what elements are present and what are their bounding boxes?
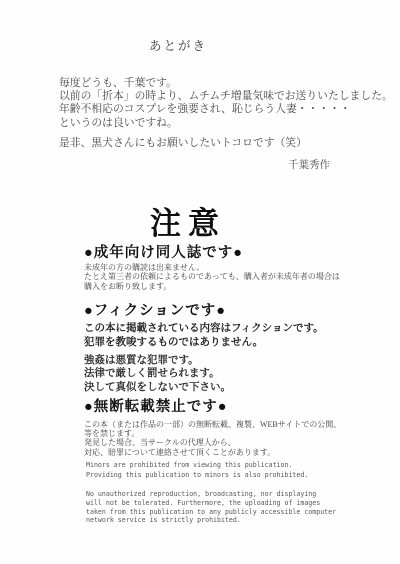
- afterword-body: 毎度どうも、千葉です。 以前の「折本」の時より、ムチムチ増量気味でお送りいたしま…: [59, 76, 393, 129]
- notice-line: 購入をお断り致します。: [84, 282, 340, 291]
- heading-adult-only: ●成年向け同人誌です●: [84, 241, 243, 262]
- english-line: Providing this publication to minors is …: [86, 471, 308, 481]
- heading-fiction: ●フィクションです●: [84, 299, 226, 320]
- notice-line: 犯罪を教唆するものではありません。: [84, 336, 324, 350]
- notice-line: 発見した場合、当サークルの代理人から、: [84, 438, 341, 447]
- afterword-line: 毎度どうも、千葉です。: [59, 76, 393, 89]
- english-line: will not be tolerated. Furthermore, the …: [86, 499, 336, 508]
- fiction-paragraph: この本に掲載されている内容はフィクションです。 犯罪を教唆するものではありません…: [84, 322, 324, 351]
- notice-title: 注意: [0, 198, 376, 243]
- english-minors-notice: Minors are prohibited from viewing this …: [86, 461, 308, 481]
- afterword-request-line: 是非、黒犬さんにもお願いしたいトコロです（笑）: [59, 135, 307, 150]
- doujinshi-afterword-page: あとがき 毎度どうも、千葉です。 以前の「折本」の時より、ムチムチ増量気味でお送…: [0, 0, 400, 564]
- notice-line: 強姦は悪質な犯罪です。: [84, 354, 231, 367]
- english-line: taken from this publication to any publi…: [86, 508, 336, 517]
- afterword-line: 年齢不相応のコスプレを強要され、恥じらう人妻・・・・・: [59, 102, 393, 115]
- crime-warning-paragraph: 強姦は悪質な犯罪です。 法律で厳しく罰せられます。 決して真似をしないで下さい。: [84, 354, 231, 394]
- notice-line: 未成年の方の購読は出来ません。: [84, 263, 340, 272]
- notice-line: 決して真似をしないで下さい。: [84, 381, 231, 394]
- english-reproduction-notice: No unauthorized reproduction, broadcasti…: [86, 490, 336, 525]
- notice-line: この本に掲載されている内容はフィクションです。: [84, 322, 324, 336]
- afterword-title: あとがき: [0, 36, 356, 54]
- notice-line: 対応、賠罪について連絡させて頂くことがあります。: [84, 448, 341, 457]
- notice-line: この本（または作品の一部）の無断転載、複製、WEBサイトでの公開、: [84, 420, 341, 429]
- afterword-line: 以前の「折本」の時より、ムチムチ増量気味でお送りいたしました。: [59, 89, 393, 102]
- notice-line: たとえ第三者の依頼によるものであっても、購入者が未成年者の場合は: [84, 272, 340, 281]
- english-line: network service is strictly prohibited.: [86, 516, 336, 525]
- afterword-line: というのは良いですね。: [59, 116, 393, 129]
- english-line: Minors are prohibited from viewing this …: [86, 461, 308, 471]
- english-line: No unauthorized reproduction, broadcasti…: [86, 490, 336, 499]
- author-signature: 千葉秀作: [288, 157, 330, 172]
- adult-only-paragraph: 未成年の方の購読は出来ません。 たとえ第三者の依頼によるものであっても、購入者が…: [84, 263, 340, 291]
- notice-line: 法律で厳しく罰せられます。: [84, 367, 231, 380]
- heading-no-reprint: ●無断転載禁止です●: [84, 395, 228, 416]
- no-reprint-paragraph: この本（または作品の一部）の無断転載、複製、WEBサイトでの公開、 等を禁じます…: [84, 420, 341, 457]
